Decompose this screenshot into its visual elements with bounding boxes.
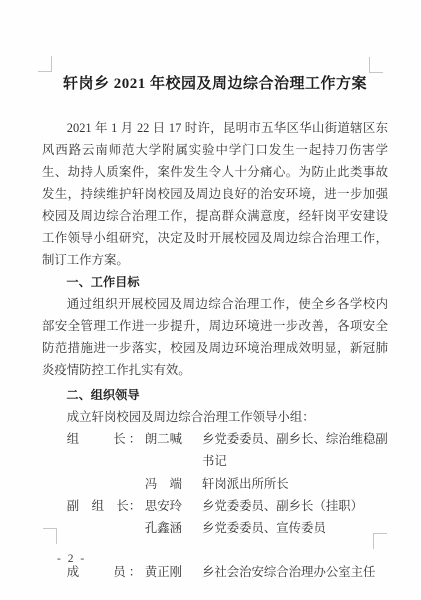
leader-name: 黄正刚	[141, 561, 202, 583]
leader-title: 乡党委委员、副乡长、综治维稳副书记	[202, 428, 388, 473]
document-content: 轩岗乡 2021 年校园及周边综合治理工作方案 2021 年 1 月 22 日 …	[42, 72, 388, 584]
leader-title: 乡社会治安综合治理办公室主任	[202, 561, 388, 583]
leadership-row: 孔鑫涵 乡党委委员、宣传委员	[67, 517, 388, 539]
leadership-list: 组 长： 朗二喊 乡党委委员、副乡长、综治维稳副书记 冯 端 轩岗派出所所长 副…	[42, 428, 388, 584]
leader-name: 孔鑫涵	[141, 517, 202, 539]
crop-mark-top-left-icon	[38, 56, 52, 72]
leadership-row: 副 组 长： 思安玲 乡党委委员、副乡长（挂职）	[67, 495, 388, 517]
document-page: 轩岗乡 2021 年校园及周边综合治理工作方案 2021 年 1 月 22 日 …	[0, 0, 421, 600]
crop-mark-top-right-icon	[369, 57, 383, 73]
leader-name: 冯 端	[141, 473, 202, 495]
section-heading-work-goals: 一、工作目标	[42, 271, 388, 293]
leader-name: 思安玲	[141, 495, 202, 517]
leader-name: 朗二喊	[141, 428, 202, 473]
leadership-lead-in: 成立轩岗校园及周边综合治理工作领导小组：	[42, 406, 388, 428]
leader-role: 副 组 长：	[67, 495, 141, 517]
page-number: - 2 -	[57, 553, 86, 565]
leader-role: 组 长：	[67, 428, 141, 473]
section-body-work-goals: 通过组织开展校园及周边综合治理工作，使全乡各学校内部安全管理工作进一步提升，周边…	[42, 293, 388, 381]
leader-role	[67, 473, 141, 495]
leadership-row: 冯 端 轩岗派出所所长	[67, 473, 388, 495]
section-heading-organization: 二、组织领导	[42, 384, 388, 406]
leader-title: 轩岗派出所所长	[202, 473, 388, 495]
leadership-row: 成 员： 黄正刚 乡社会治安综合治理办公室主任	[67, 561, 388, 583]
leader-title: 乡党委委员、宣传委员	[202, 517, 388, 539]
intro-paragraph: 2021 年 1 月 22 日 17 时许，昆明市五华区华山街道辖区东风西路云南…	[42, 117, 388, 271]
leadership-row: 组 长： 朗二喊 乡党委委员、副乡长、综治维稳副书记	[67, 428, 388, 473]
document-title: 轩岗乡 2021 年校园及周边综合治理工作方案	[42, 72, 388, 96]
leader-title: 乡党委委员、副乡长（挂职）	[202, 495, 388, 517]
leader-role	[67, 517, 141, 539]
